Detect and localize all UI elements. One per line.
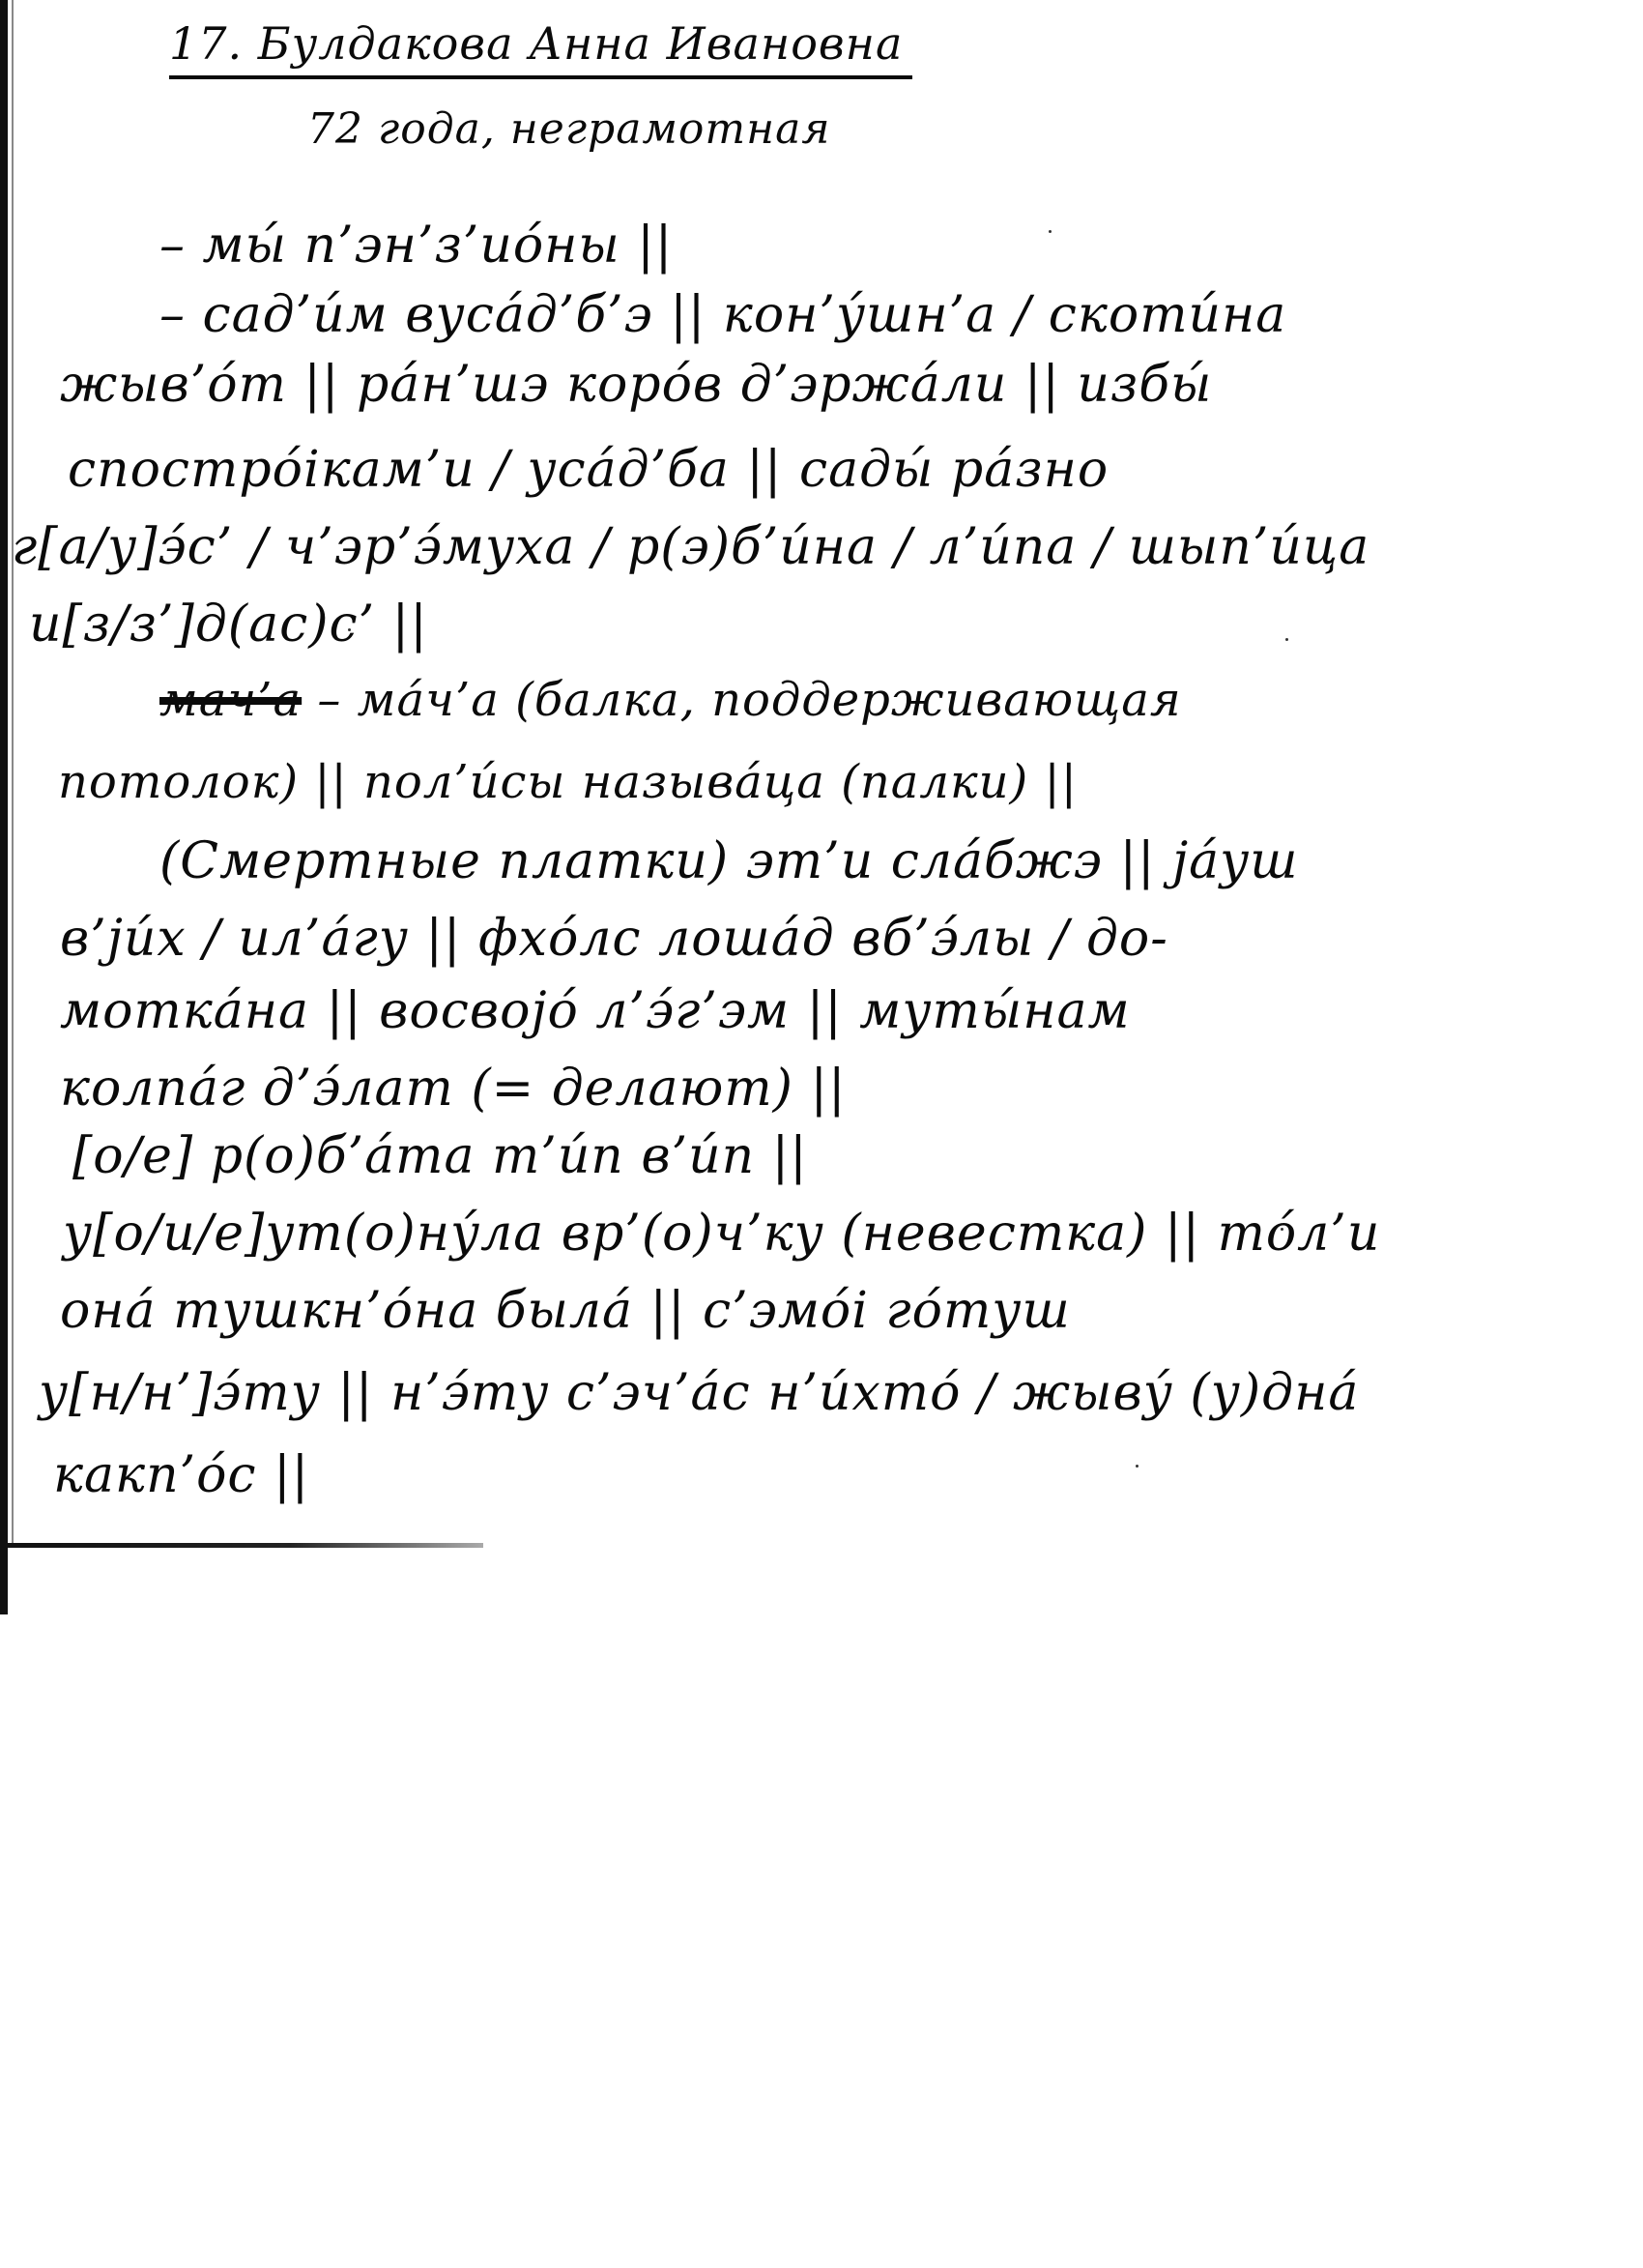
speaker-info: 72 года, неграмотная <box>307 108 831 151</box>
transcript-line: у[н/н’]э́ту || н’э́ту с’эч’а́с н’и́хто́ … <box>39 1368 1359 1418</box>
transcript-line: мотка́на || восвојо́ л’э́г’эм || муты́на… <box>60 986 1131 1036</box>
transcript-line: г[а/у]э́с’ / ч’эр’э́муха / р(э)б’и́на / … <box>12 522 1369 572</box>
transcript-line: [о/е] р(о)б’а́та т’и́п в’и́п || <box>72 1131 808 1181</box>
transcript-line: – сад’и́м вуса́д’б’э || кон’у́шн’а / ско… <box>159 290 1286 340</box>
transcript-line-text: – ма́ч’а (балка, поддерживающая <box>317 673 1181 727</box>
transcript-line: спостро́ікам’и / уса́д’ба || сады́ ра́зн… <box>68 445 1109 495</box>
page-left-edge <box>0 0 8 1556</box>
transcript-line: и[з/з’]д(ас)с’ || <box>29 599 428 650</box>
transcript-line: – мы́ п’эн’з’ио́ны || <box>159 220 673 271</box>
struck-out-word: мач’а <box>159 673 302 727</box>
scan-speck <box>348 628 351 631</box>
page-corner <box>0 1537 8 1614</box>
scan-speck <box>1281 1228 1283 1231</box>
page-left-edge-inner <box>12 0 14 1547</box>
transcript-line: у[о/и/е]ут(о)ну́ла вр’(о)ч’ку (невестка)… <box>63 1208 1380 1259</box>
speaker-heading: 17. Булдакова Анна Ивановна <box>169 21 912 79</box>
scan-speck <box>1136 1465 1139 1468</box>
transcript-line: колпа́г д’э́лат (= делают) || <box>60 1063 847 1114</box>
scan-speck <box>1049 230 1052 233</box>
transcript-line: в’ји́х / ил’а́гу || фхо́лс лоша́д вб’э́л… <box>60 914 1168 964</box>
scan-speck <box>1285 638 1288 641</box>
page-bottom-edge <box>0 1543 483 1548</box>
transcript-line: потолок) || пол’и́сы называ́ца (палки) |… <box>58 759 1078 805</box>
transcript-line-with-correction: мач’а – ма́ч’а (балка, поддерживающая <box>159 677 1182 723</box>
transcript-line: какп’о́с || <box>53 1450 309 1500</box>
transcript-line: она́ тушкн’о́на была́ || с’эмо́і го́туш <box>60 1286 1071 1336</box>
transcript-line: (Смертные платки) эт’и сла́бжэ || ја́уш <box>159 836 1299 887</box>
transcript-line: жыв’о́т || ра́н’шэ коро́в д’эржа́ли || и… <box>60 360 1212 410</box>
scanned-notebook-page: 17. Булдакова Анна Ивановна 72 года, нег… <box>0 0 1643 2268</box>
